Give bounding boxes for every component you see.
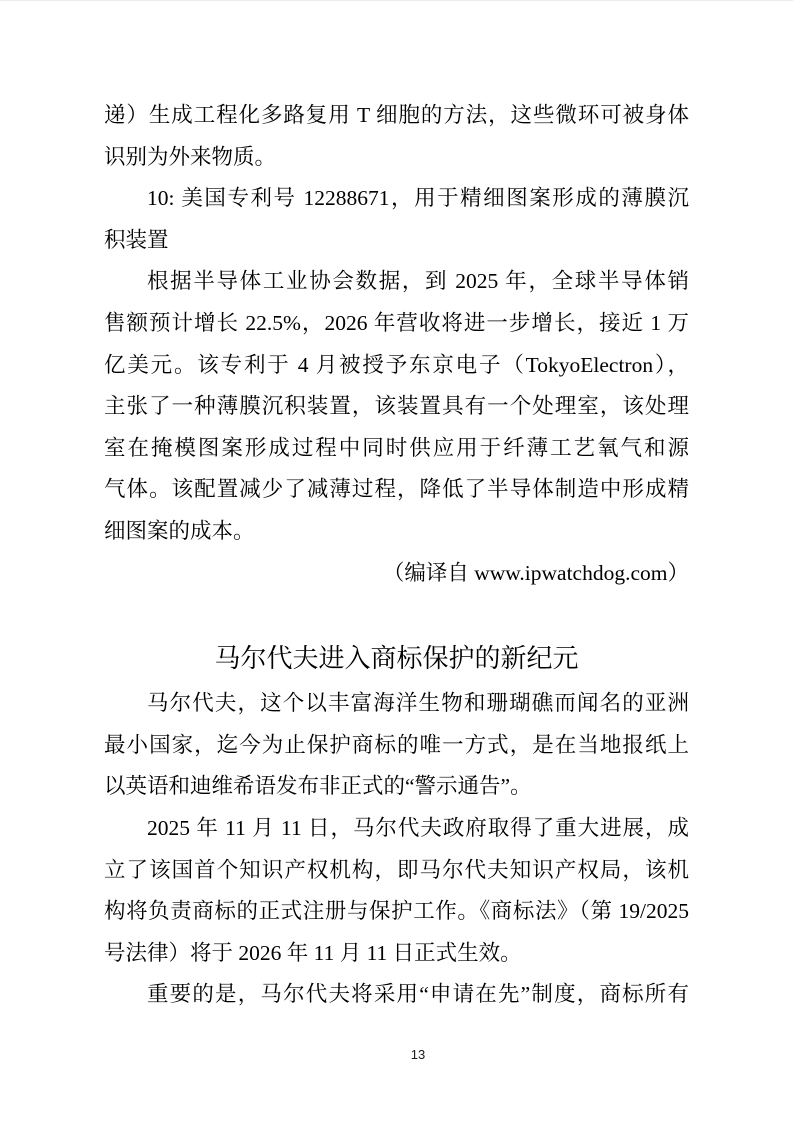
text-line: 号法律）将于 2026 年 11 月 11 日正式生效。: [104, 933, 689, 975]
text-line: 积装置: [104, 220, 689, 262]
article-2-body: 马尔代夫，这个以丰富海洋生物和珊瑚礁而闻名的亚洲最小国家，迄今为止保护商标的唯一…: [104, 683, 689, 1016]
text-line: 递）生成工程化多路复用 T 细胞的方法，这些微环可被身体: [104, 95, 689, 137]
text-line: 细图案的成本。: [104, 511, 689, 553]
text-line: 主张了一种薄膜沉积装置，该装置具有一个处理室，该处理: [104, 386, 689, 428]
text-line: 马尔代夫，这个以丰富海洋生物和珊瑚礁而闻名的亚洲: [104, 683, 689, 725]
text-line: 售额预计增长 22.5%，2026 年营收将进一步增长，接近 1 万: [104, 303, 689, 345]
text-line: 气体。该配置减少了减薄过程，降低了半导体制造中形成精: [104, 469, 689, 511]
text-line: 根据半导体工业协会数据，到 2025 年，全球半导体销: [104, 261, 689, 303]
document-page: 递）生成工程化多路复用 T 细胞的方法，这些微环可被身体识别为外来物质。10: …: [0, 0, 793, 1122]
article-2-title: 马尔代夫进入商标保护的新纪元: [104, 635, 689, 681]
text-line: 室在掩模图案形成过程中同时供应用于纤薄工艺氧气和源: [104, 428, 689, 470]
text-line: 重要的是，马尔代夫将采用“申请在先”制度，商标所有: [104, 974, 689, 1016]
text-line: 立了该国首个知识产权机构，即马尔代夫知识产权局，该机: [104, 850, 689, 892]
text-line: 最小国家，迄今为止保护商标的唯一方式，是在当地报纸上: [104, 725, 689, 767]
text-line: 识别为外来物质。: [104, 137, 689, 179]
text-line: 10: 美国专利号 12288671，用于精细图案形成的薄膜沉: [104, 178, 689, 220]
text-line: 2025 年 11 月 11 日，马尔代夫政府取得了重大进展，成: [104, 808, 689, 850]
text-line: 亿美元。该专利于 4 月被授予东京电子（TokyoElectron），: [104, 345, 689, 387]
article-1-body: 递）生成工程化多路复用 T 细胞的方法，这些微环可被身体识别为外来物质。10: …: [104, 95, 689, 594]
page-content: 递）生成工程化多路复用 T 细胞的方法，这些微环可被身体识别为外来物质。10: …: [104, 95, 689, 1016]
text-line: （编译自 www.ipwatchdog.com）: [104, 553, 689, 595]
text-line: 构将负责商标的正式注册与保护工作。《商标法》（第 19/2025: [104, 891, 689, 933]
text-line: 以英语和迪维希语发布非正式的“警示通告”。: [104, 766, 689, 808]
page-number: 13: [411, 1046, 425, 1064]
